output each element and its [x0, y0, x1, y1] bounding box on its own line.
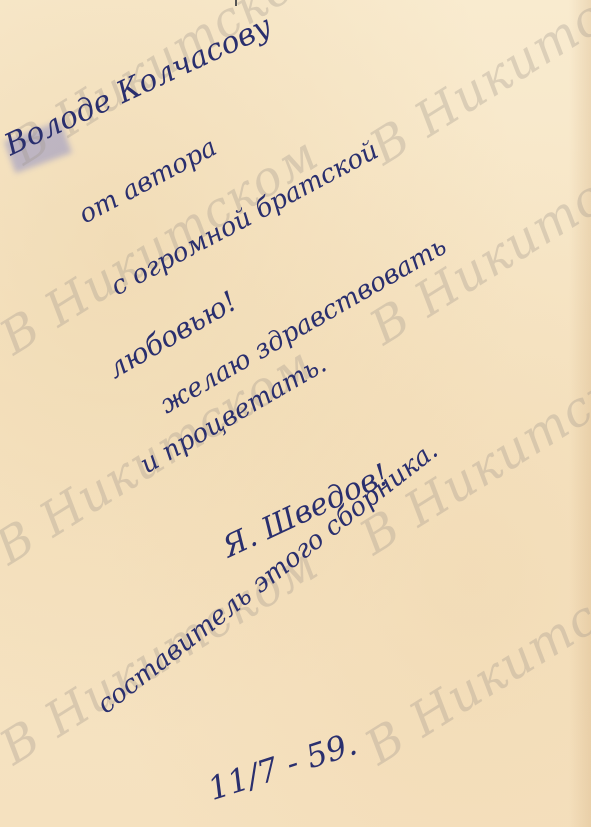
inscription-line-1: Володе Колчасову: [0, 9, 277, 163]
inscription-page: В Никитском В Никитском В Никитском В Ни…: [0, 0, 591, 827]
watermark: В Никитском: [360, 0, 591, 176]
inscription-date: 11/7 - 59.: [203, 724, 361, 808]
watermark: В Никитском: [355, 536, 591, 776]
watermark: В Никитском: [350, 326, 591, 566]
